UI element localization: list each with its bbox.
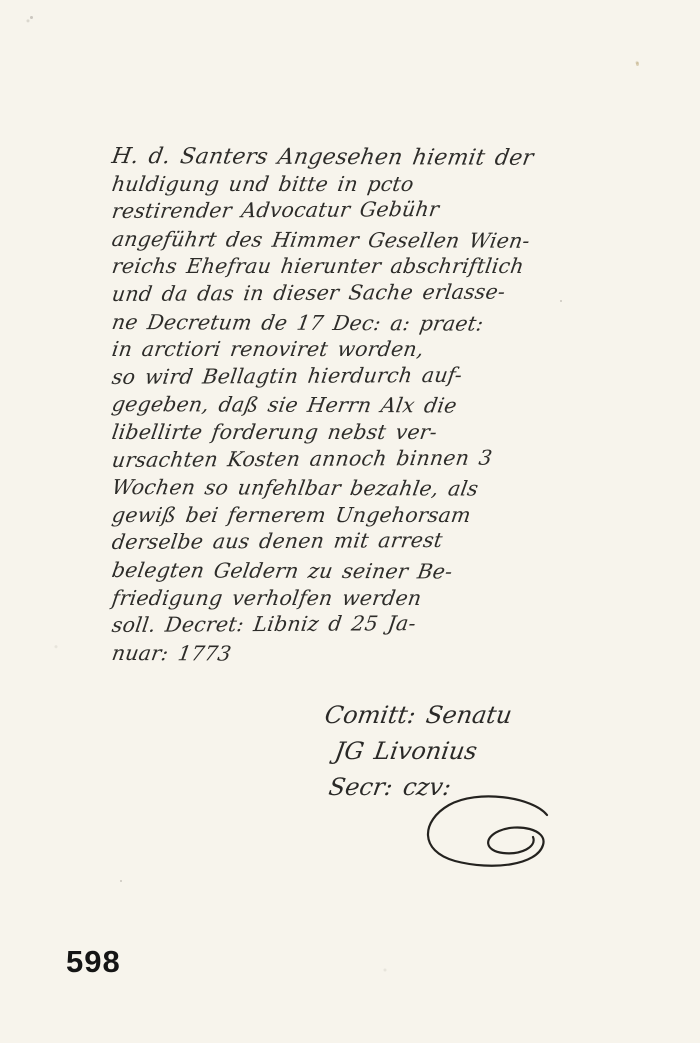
manuscript-line: reichs Ehefrau hierunter abschriftlich [110,253,592,281]
manuscript-line: und da das in dieser Sache erlasse- [110,278,592,309]
signature-flourish-icon [415,793,565,871]
paper-speck [636,62,639,66]
manuscript-line: belegten Geldern zu seiner Be- [110,557,592,587]
manuscript-line: gegeben, daß sie Herrn Alx die [110,391,592,421]
manuscript-line: in arctiori renoviret worden, [110,336,592,364]
manuscript-line: soll. Decret: Libniz d 25 Ja- [110,609,592,640]
manuscript-line: so wird Bellagtin hierdurch auf- [110,361,592,392]
paper-speck [120,880,122,882]
manuscript-line: ne Decretum de 17 Dec: a: praet: [110,309,592,339]
manuscript-line: friedigung verholfen werden [110,585,592,613]
manuscript-line: gewiß bei fernerem Ungehorsam [110,502,592,530]
manuscript-line: angeführt des Himmer Gesellen Wien- [110,226,592,256]
signature-line: JG Livonius [332,733,514,769]
manuscript-line: nuar: 1773 [110,640,592,670]
manuscript-page: H. d. Santers Angesehen hiemit der huldi… [0,0,700,1043]
signature-block: Comitt: Senatu JG Livonius Secr: czv: [325,697,512,805]
paper-speck [560,300,562,302]
manuscript-line: huldigung und bitte in pcto [110,171,592,199]
page-number: 598 [66,944,121,980]
manuscript-line: derselbe aus denen mit arrest [110,526,592,557]
manuscript-line: ursachten Kosten annoch binnen 3 [110,444,592,475]
handwritten-text-block: H. d. Santers Angesehen hiemit der huldi… [112,143,590,667]
manuscript-line: libellirte forderung nebst ver- [110,419,592,447]
manuscript-line: restirender Advocatur Gebühr [110,195,592,226]
manuscript-line: H. d. Santers Angesehen hiemit der [110,143,592,173]
manuscript-line: Wochen so unfehlbar bezahle, als [110,474,592,504]
paper-speck [30,16,33,19]
signature-line: Comitt: Senatu [322,697,514,733]
